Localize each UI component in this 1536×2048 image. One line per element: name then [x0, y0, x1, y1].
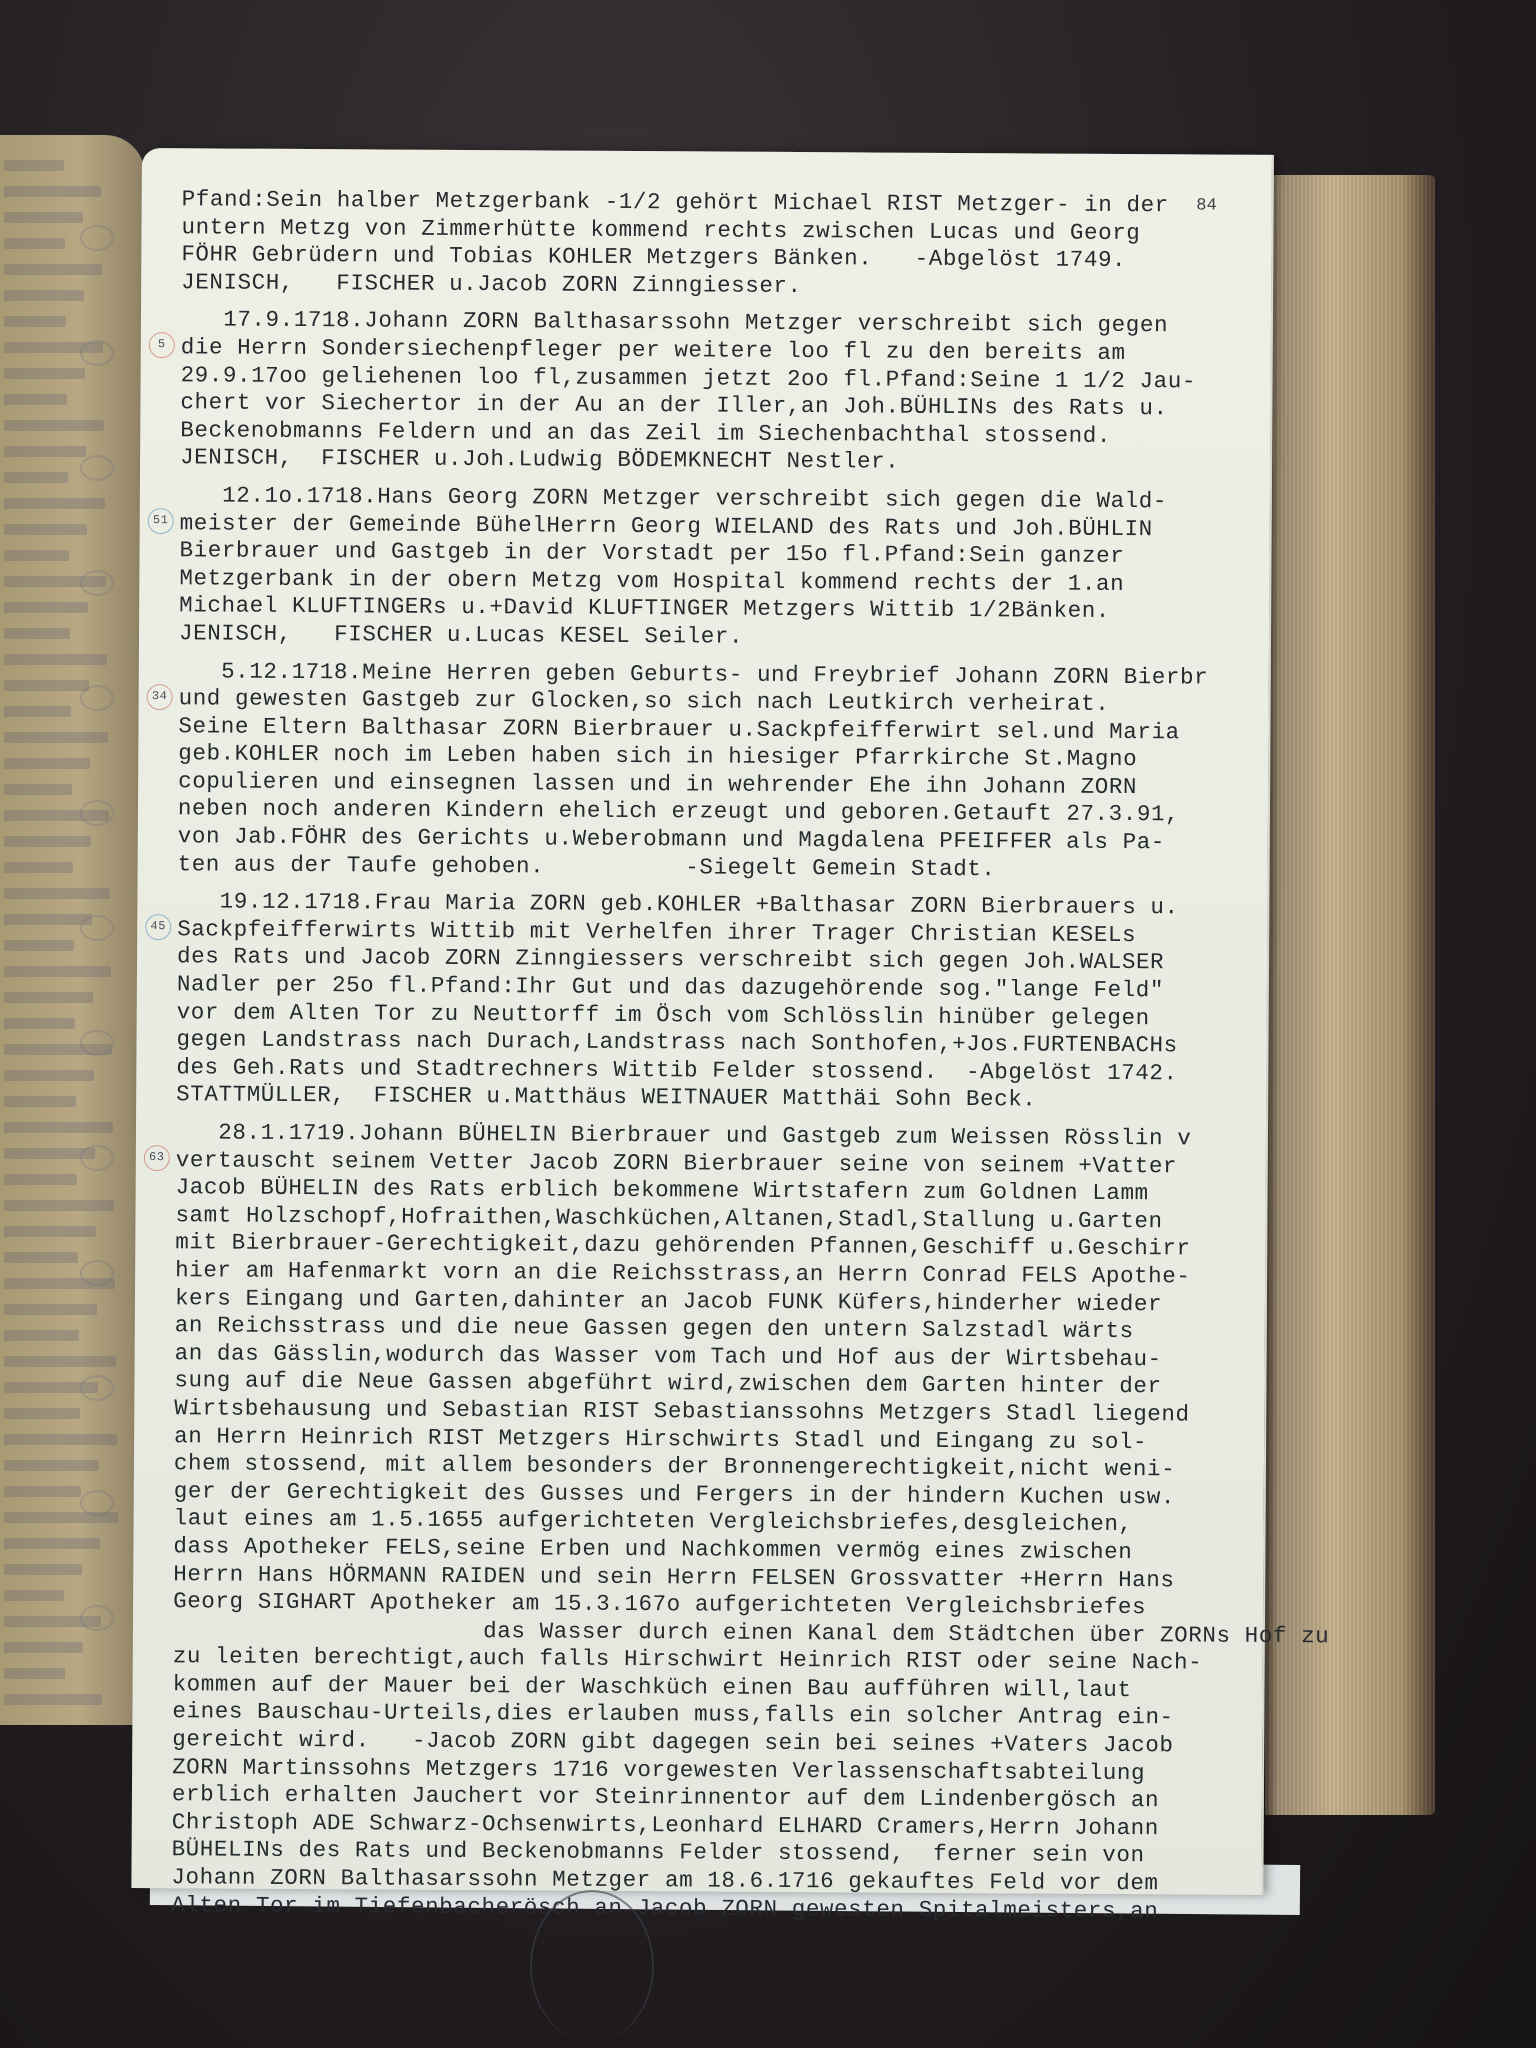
bleed-through-text: [4, 654, 107, 665]
bleed-through-text: [4, 1070, 94, 1081]
bleed-through-text: [4, 1408, 80, 1419]
bleed-through-text: [4, 1174, 77, 1185]
bleed-through-text: [4, 446, 86, 457]
bleed-through-text: [4, 1486, 81, 1497]
bleed-through-text: [4, 1460, 99, 1471]
left-page-margin-mark: [80, 915, 114, 941]
bleed-through-text: [4, 524, 87, 535]
bleed-through-text: [4, 186, 101, 197]
bleed-through-text: [4, 472, 68, 483]
bleed-through-text: [4, 290, 84, 301]
bleed-through-text: [4, 1694, 102, 1705]
bleed-through-text: [4, 914, 92, 925]
bleed-through-text: [4, 888, 110, 899]
document-entry: 34 5.12.1718.Meine Herren geben Geburts-…: [178, 658, 1239, 885]
bleed-through-text: [4, 1590, 64, 1601]
bleed-through-text: [4, 784, 72, 795]
left-page-margin-mark: [80, 570, 114, 596]
bleed-through-text: [4, 160, 64, 171]
document-body: Pfand:Sein halber Metzgerbank -1/2 gehör…: [171, 186, 1242, 1936]
left-facing-page: [0, 135, 145, 1725]
margin-annotation: 45: [145, 914, 171, 940]
book-page-edges: [1265, 175, 1435, 1815]
text-line: Alten Tor im Tiefenbacherösch an Jacob Z…: [171, 1892, 1231, 1926]
bleed-through-text: [4, 1304, 97, 1315]
bleed-through-text: [4, 1096, 76, 1107]
bleed-through-text: [4, 1668, 65, 1679]
bleed-through-text: [4, 1538, 100, 1549]
document-entry: 5 17.9.1718.Johann ZORN Balthasarssohn M…: [180, 307, 1241, 479]
bleed-through-text: [4, 836, 91, 847]
bleed-through-text: [4, 368, 85, 379]
margin-annotation: 5: [149, 332, 175, 358]
left-page-margin-mark: [80, 1260, 114, 1286]
document-entry: 45 19.12.1718.Frau Maria ZORN geb.KOHLER…: [176, 888, 1237, 1115]
left-page-margin-mark: [80, 455, 114, 481]
document-entry: Pfand:Sein halber Metzgerbank -1/2 gehör…: [181, 186, 1242, 303]
left-page-margin-mark: [80, 1145, 114, 1171]
document-entry: 63 28.1.1719.Johann BÜHELIN Bierbrauer u…: [171, 1119, 1236, 1926]
bleed-through-text: [4, 316, 66, 327]
bleed-through-text: [4, 680, 89, 691]
left-page-margin-mark: [80, 1030, 114, 1056]
bleed-through-text: [4, 498, 105, 509]
bleed-through-text: [4, 550, 69, 561]
bleed-through-text: [4, 940, 74, 951]
bleed-through-text: [4, 1252, 78, 1263]
bleed-through-text: [4, 420, 104, 431]
bleed-through-text: [4, 992, 93, 1003]
bleed-through-text: [4, 732, 108, 743]
bleed-through-text: [4, 1122, 113, 1133]
bleed-through-text: [4, 602, 88, 613]
bleed-through-text: [4, 966, 111, 977]
bleed-through-text: [4, 1226, 96, 1237]
bleed-through-text: [4, 862, 73, 873]
bleed-through-text: [4, 1330, 79, 1341]
left-page-margin-mark: [80, 225, 114, 251]
margin-annotation: 63: [144, 1145, 170, 1171]
bleed-through-text: [4, 758, 90, 769]
left-page-margin-mark: [80, 1375, 114, 1401]
bleed-through-text: [4, 238, 65, 249]
left-page-margin-mark: [80, 685, 114, 711]
bleed-through-text: [4, 628, 70, 639]
cable: [530, 1890, 654, 2042]
bleed-through-text: [4, 394, 67, 405]
left-page-margin-mark: [80, 800, 114, 826]
bleed-through-text: [4, 1356, 116, 1367]
bleed-through-text: [4, 1018, 75, 1029]
left-page-margin-mark: [80, 340, 114, 366]
bleed-through-text: [4, 212, 83, 223]
left-page-margin-mark: [80, 1490, 114, 1516]
bleed-through-text: [4, 264, 102, 275]
left-page-margin-mark: [80, 1605, 114, 1631]
bleed-through-text: [4, 1564, 82, 1575]
bleed-through-text: [4, 1434, 117, 1445]
document-entry: 51 12.1o.1718.Hans Georg ZORN Metzger ve…: [179, 482, 1240, 654]
margin-annotation: 34: [147, 684, 173, 710]
bleed-through-text: [4, 706, 71, 717]
bleed-through-text: [4, 1642, 83, 1653]
margin-annotation: 51: [148, 508, 174, 534]
typed-document-sheet: 84 Pfand:Sein halber Metzgerbank -1/2 ge…: [131, 148, 1272, 1895]
bleed-through-text: [4, 1200, 114, 1211]
